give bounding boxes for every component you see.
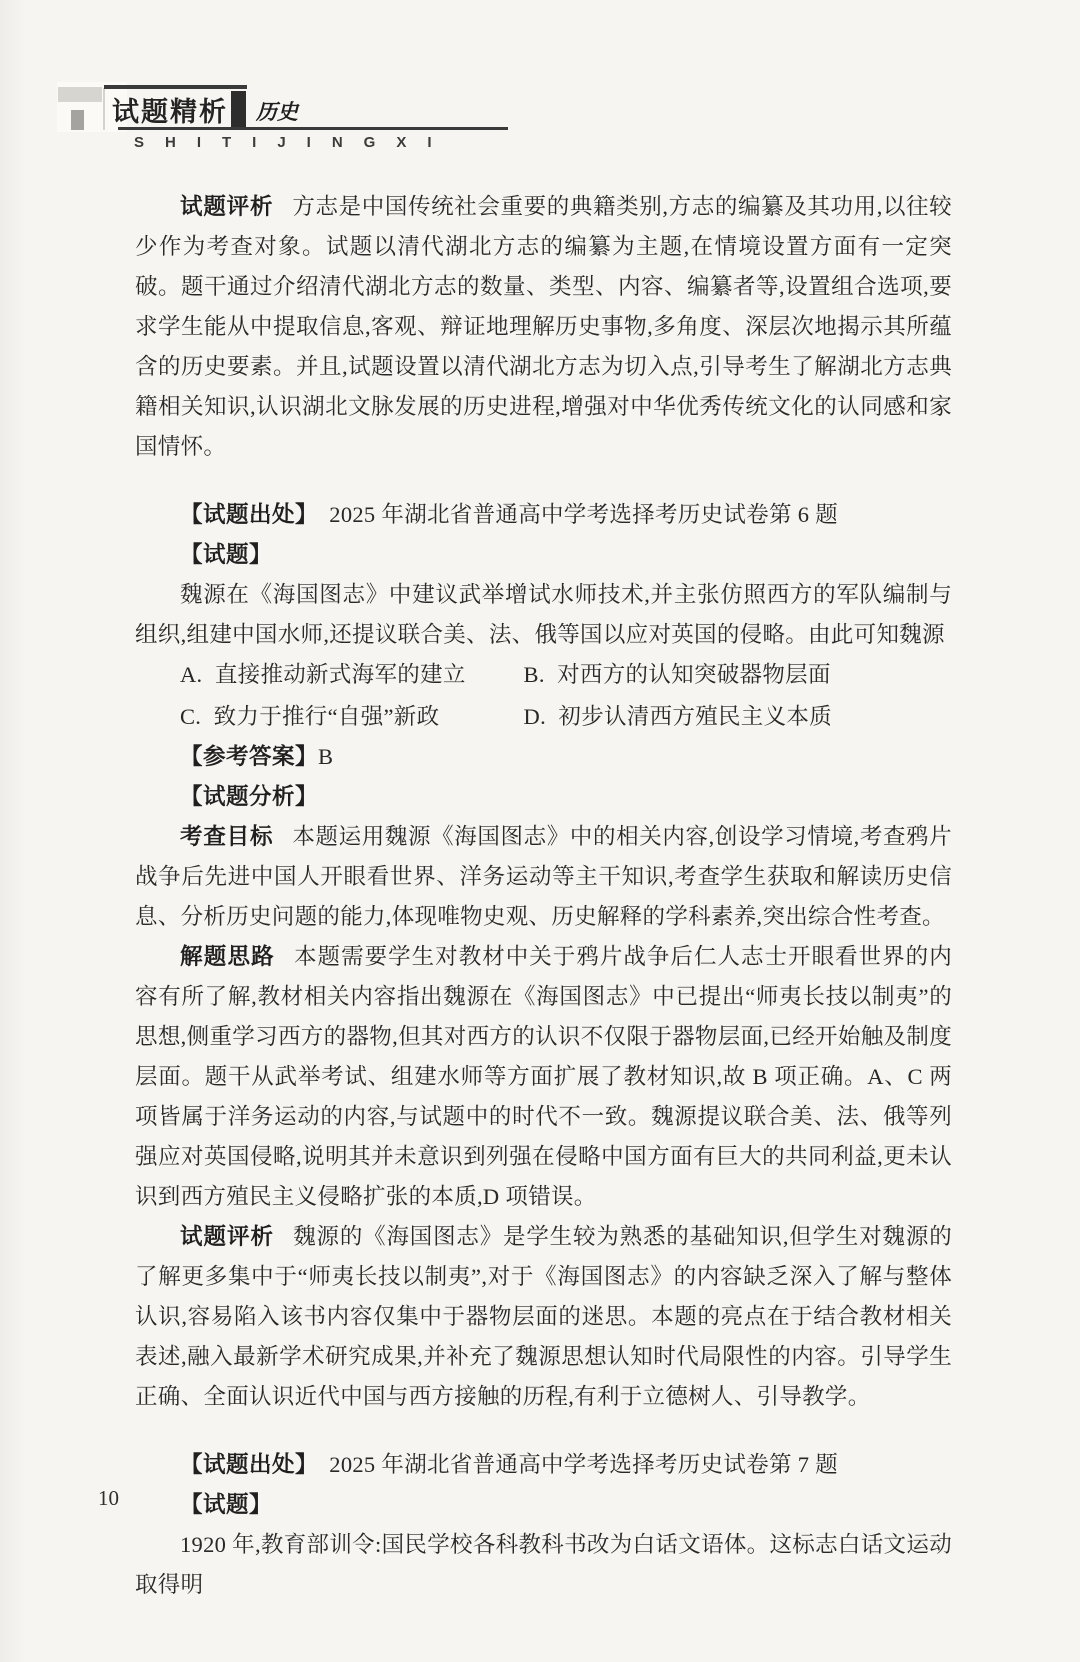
source-label: 【试题出处】 <box>180 502 318 527</box>
option-key: A. <box>180 662 202 687</box>
analysis-label: 【试题分析】 <box>180 784 318 809</box>
option-text: 致力于推行“自强”新政 <box>214 704 440 729</box>
question6-analysis-header: 【试题分析】 <box>135 777 952 817</box>
review-paragraph-q5: 试题评析方志是中国传统社会重要的典籍类别,方志的编纂及其功用,以往较少作为考查对… <box>135 187 952 467</box>
stem-text: 1920 年,教育部训令:国民学校各科教科书改为白话文语体。这标志白话文运动取得… <box>135 1532 952 1597</box>
question6-source: 【试题出处】2025 年湖北省普通高中学考选择考历史试卷第 6 题 <box>135 495 952 535</box>
question6-target-paragraph: 考查目标本题运用魏源《海国图志》中的相关内容,创设学习情境,考查鸦片战争后先进中… <box>135 817 952 937</box>
header-top-rule <box>104 85 247 89</box>
paragraph-text: 魏源的《海国图志》是学生较为熟悉的基础知识,但学生对魏源的了解更多集中于“师夷长… <box>135 1224 952 1409</box>
header-bottom-rule <box>118 127 508 130</box>
paragraph-label: 解题思路 <box>180 944 275 969</box>
scan-artifact <box>103 88 105 130</box>
source-text: 2025 年湖北省普通高中学考选择考历史试卷第 7 题 <box>329 1452 838 1477</box>
question7-source: 【试题出处】2025 年湖北省普通高中学考选择考历史试卷第 7 题 <box>135 1445 952 1485</box>
page-number: 10 <box>98 1486 119 1511</box>
option-key: B. <box>524 662 545 687</box>
question7-section-header: 【试题】 <box>135 1485 952 1525</box>
question6-section-header: 【试题】 <box>135 535 952 575</box>
option-text: 直接推动新式海军的建立 <box>215 662 466 687</box>
source-text: 2025 年湖北省普通高中学考选择考历史试卷第 6 题 <box>329 502 838 527</box>
scan-artifact <box>58 87 102 102</box>
option-d: D.初步认清西方殖民主义本质 <box>524 697 952 737</box>
answer-value: B <box>318 744 333 769</box>
section-label: 【试题】 <box>180 1492 272 1517</box>
divider-bar-icon <box>231 91 246 128</box>
option-text: 对西方的认知突破器物层面 <box>557 662 831 687</box>
question6-stem: 魏源在《海国图志》中建议武举增试水师技术,并主张仿照西方的军队编制与组织,组建中… <box>135 575 952 655</box>
series-pinyin: SHITIJINGXI <box>134 134 453 151</box>
question6-review-paragraph: 试题评析魏源的《海国图志》是学生较为熟悉的基础知识,但学生对魏源的了解更多集中于… <box>135 1217 952 1417</box>
option-key: D. <box>524 704 546 729</box>
paragraph-label: 试题评析 <box>180 194 273 219</box>
paragraph-label: 考查目标 <box>180 824 273 849</box>
paragraph-text: 本题需要学生对教材中关于鸦片战争后仁人志士开眼看世界的内容有所了解,教材相关内容… <box>135 944 952 1209</box>
page: 试题精析 历史 SHITIJINGXI 试题评析方志是中国传统社会重要的典籍类别… <box>0 0 1080 1662</box>
source-label: 【试题出处】 <box>180 1452 318 1477</box>
option-c: C.致力于推行“自强”新政 <box>180 697 524 737</box>
question6-approach-paragraph: 解题思路本题需要学生对教材中关于鸦片战争后仁人志士开眼看世界的内容有所了解,教材… <box>135 937 952 1217</box>
page-content: 试题评析方志是中国传统社会重要的典籍类别,方志的编纂及其功用,以往较少作为考查对… <box>135 187 952 1605</box>
paragraph-text: 方志是中国传统社会重要的典籍类别,方志的编纂及其功用,以往较少作为考查对象。试题… <box>135 194 952 459</box>
series-title: 试题精析 <box>112 90 228 129</box>
option-a: A.直接推动新式海军的建立 <box>180 655 524 695</box>
scan-artifact <box>71 110 84 130</box>
option-text: 初步认清西方殖民主义本质 <box>558 704 832 729</box>
answer-label: 【参考答案】 <box>180 744 318 769</box>
question7-stem: 1920 年,教育部训令:国民学校各科教科书改为白话文语体。这标志白话文运动取得… <box>135 1525 952 1605</box>
stem-text: 魏源在《海国图志》中建议武举增试水师技术,并主张仿照西方的军队编制与组织,组建中… <box>135 582 952 647</box>
option-key: C. <box>180 704 201 729</box>
question6-answer: 【参考答案】B <box>135 737 952 777</box>
paragraph-label: 试题评析 <box>180 1224 274 1249</box>
question6-options: A.直接推动新式海军的建立 B.对西方的认知突破器物层面 C.致力于推行“自强”… <box>135 655 952 737</box>
section-label: 【试题】 <box>180 542 272 567</box>
option-b: B.对西方的认知突破器物层面 <box>524 655 952 695</box>
subject-label: 历史 <box>256 96 298 126</box>
